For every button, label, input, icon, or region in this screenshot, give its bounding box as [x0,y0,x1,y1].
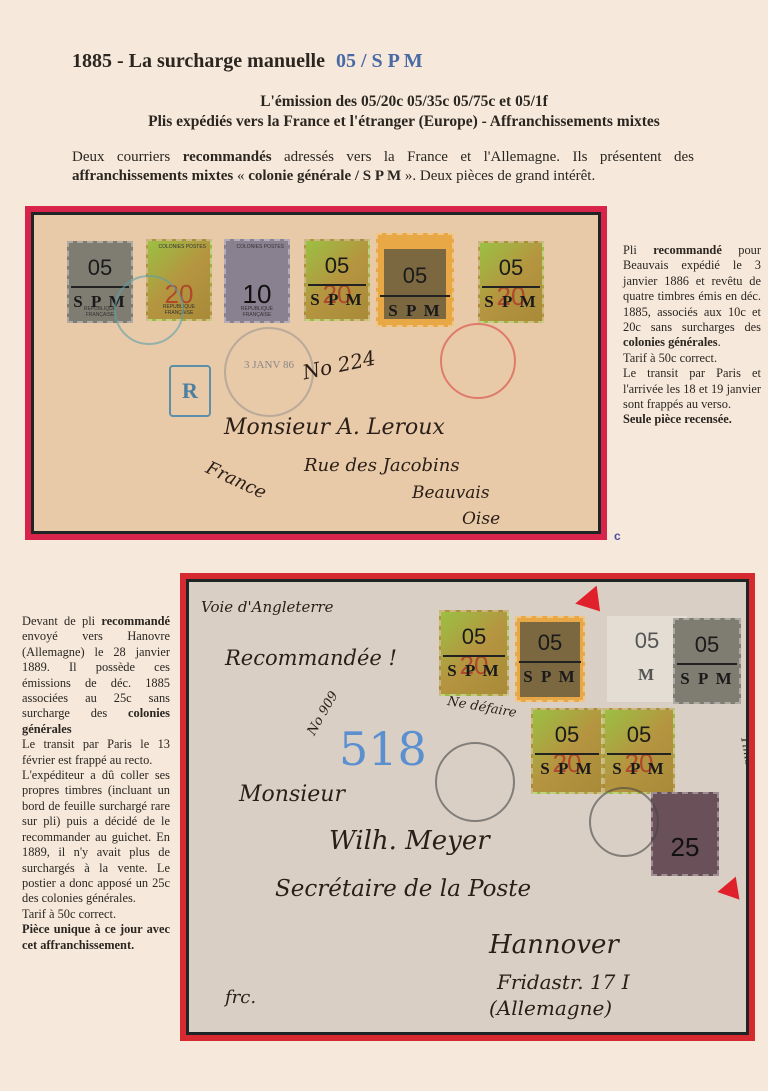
address-title: Secrétaire de la Poste [275,876,531,902]
stamp-footer: REPUBLIQUE FRANÇAISE [229,306,285,318]
address-country: France [203,457,270,503]
stamp-overprint-top: 05 [306,253,368,279]
address-street: Fridastr. 17 I [497,970,630,994]
stamp-overprint-top: 05 [605,722,673,748]
address-name: Monsieur A. Leroux [224,415,445,440]
desc-bold: colonies générales [623,335,718,349]
cover-border: 20 05 S P M 05 S P M 05 M 05 S P M 2 [186,579,749,1035]
desc-text: Pli [623,243,653,257]
desc-bold: recommandé [653,243,722,257]
desc-expediteur: L'expéditeur a dû coller ses propres tim… [22,768,170,907]
route-note: Voie d'Angleterre [201,598,334,616]
stamp-overprint-top: 05 [517,630,583,656]
stamp-05-spm-20c: 20 05 S P M [531,708,603,794]
redo-note: Ne défaire [446,694,517,721]
address-country: (Allemagne) [489,996,612,1020]
overprint-bar [308,284,366,286]
postmark-circle [114,275,184,345]
stamp-10c: COLONIES POSTES 10 REPUBLIQUE FRANÇAISE [224,239,290,323]
desc-bold: recommandé [101,614,170,628]
register-number: No 224 [300,346,377,385]
intro-bold: affranchissements mixtes [72,168,233,184]
address-street: Rue des Jacobins [304,455,460,476]
registered-note: Recommandée ! [225,646,397,670]
stamp-overprint-top: 05 [480,255,542,281]
envelope-hannover: 20 05 S P M 05 S P M 05 M 05 S P M 2 [189,582,746,1032]
stamp-caption: COLONIES POSTES [158,244,206,250]
title-text: 1885 - La surcharge manuelle [72,50,325,72]
stamp-overprint-top: 05 [441,624,507,650]
stamp-overprint-bottom: S P M [605,759,673,779]
description-hannover: Devant de pli recommandé envoyé vers Han… [22,614,170,953]
stamp-05-spm-35c: 05 S P M [515,616,585,702]
postmark-red [440,323,516,399]
signature: frc. [225,987,256,1008]
registered-r-box: R [169,365,211,417]
stamp-05-spm-20c: 20 05 S P M [439,610,509,696]
stamp-overprint-top: 05 [675,632,739,658]
register-number: No 909 [305,689,342,738]
desc-text: . [718,335,721,349]
stamp-overprint-bottom: S P M [675,669,739,689]
intro-text: Deux courriers [72,149,183,165]
stamp-overprint-bottom: S P M [441,661,507,681]
overprint-bar [607,753,671,755]
stamp-overprint-bottom: S P M [480,292,542,312]
stamp-overprint-bottom: S P M [517,667,583,687]
stamp-overprint-bottom: S P M [306,290,368,310]
cover-hannover: 20 05 S P M 05 S P M 05 M 05 S P M 2 [180,573,755,1041]
address-city: Beauvais [412,483,490,503]
postmark-st-pierre [435,742,515,822]
page-title: 1885 - La surcharge manuelle 05 / S P M [72,50,423,73]
stamp-05-spm-35c: 05 S P M [376,233,454,327]
subtitle-line-2: Plis expédiés vers la France et l'étrang… [20,113,768,131]
address-salutation: Monsieur [239,782,345,807]
overprint-bar [535,753,599,755]
stamp-caption: COLONIES POSTES [236,244,284,250]
desc-unique: Pièce unique à ce jour avec cet affranch… [22,922,170,953]
red-arrow-marker [717,877,746,908]
stamp-overprint-top: 05 [378,263,452,289]
desc-paragraph: Devant de pli recommandé envoyé vers Han… [22,614,170,737]
stamp-05-spm-20c: 20 05 S P M [603,708,675,794]
stamp-05-spm-20c: 20 05 S P M [478,241,544,323]
intro-text: « [233,168,248,184]
stamp-05-spm-20c: 20 05 S P M [304,239,370,321]
overprint-bar [677,663,737,665]
title-accent: 05 / S P M [336,50,423,72]
stamp-overprint-bottom: S P M [533,759,601,779]
cover-border: 05 S P M REPUBLIQUE FRANÇAISE COLONIES P… [31,212,601,534]
overprint-bar [482,286,540,288]
postmark-date: 3 JANV 86 [226,359,312,372]
overprint-bar [519,661,581,663]
intro-text: ». Deux pièces de grand intérêt. [401,168,595,184]
stamp-25c: 25 [651,792,719,876]
stamp-value: 25 [653,832,717,863]
intro-bold: recommandés [183,149,272,165]
envelope-beauvais: 05 S P M REPUBLIQUE FRANÇAISE COLONIES P… [34,215,598,531]
desc-text: Devant de pli [22,614,101,628]
subtitle-line-1: L'émission des 05/20c 05/35c 05/75c et 0… [20,93,768,111]
overprint-bar [380,295,450,297]
postmark-paris [589,787,659,857]
stamp-overprint-top: 05 [533,722,601,748]
address-city: Hannover [489,930,619,960]
desc-paragraph: Pli recommandé pour Beauvais expédié le … [623,243,761,351]
intro-bold: colonie générale / S P M [248,168,401,184]
desc-tarif: Tarif à 50c correct. [22,907,170,922]
address-dept: Oise [462,509,500,529]
blue-number: 518 [339,722,427,776]
stamp-05-spm-1f: 05 S P M [673,618,741,704]
description-beauvais: Pli recommandé pour Beauvais expédié le … [623,243,761,428]
intro-paragraph: Deux courriers recommandés adressés vers… [72,148,694,186]
overprint-bar [443,655,505,657]
desc-tarif: Tarif à 50c correct. [623,351,761,366]
address-name: Wilh. Meyer [329,826,490,856]
cover-beauvais: 05 S P M REPUBLIQUE FRANÇAISE COLONIES P… [25,206,607,540]
postmark-st-pierre: 3 JANV 86 [224,327,314,417]
side-note: Timbres-poste [738,735,746,823]
desc-transit: Le transit par Paris le 13 février est f… [22,737,170,768]
photo-mark: c [614,529,621,543]
desc-transit: Le transit par Paris et l'arrivée les 18… [623,366,761,412]
stamp-overprint-bottom: S P M [378,301,452,321]
stamp-overprint-top: 05 [69,255,131,281]
desc-unique: Seule pièce recensée. [623,412,761,427]
intro-text: adressés vers la France et l'Allemagne. … [272,149,694,165]
